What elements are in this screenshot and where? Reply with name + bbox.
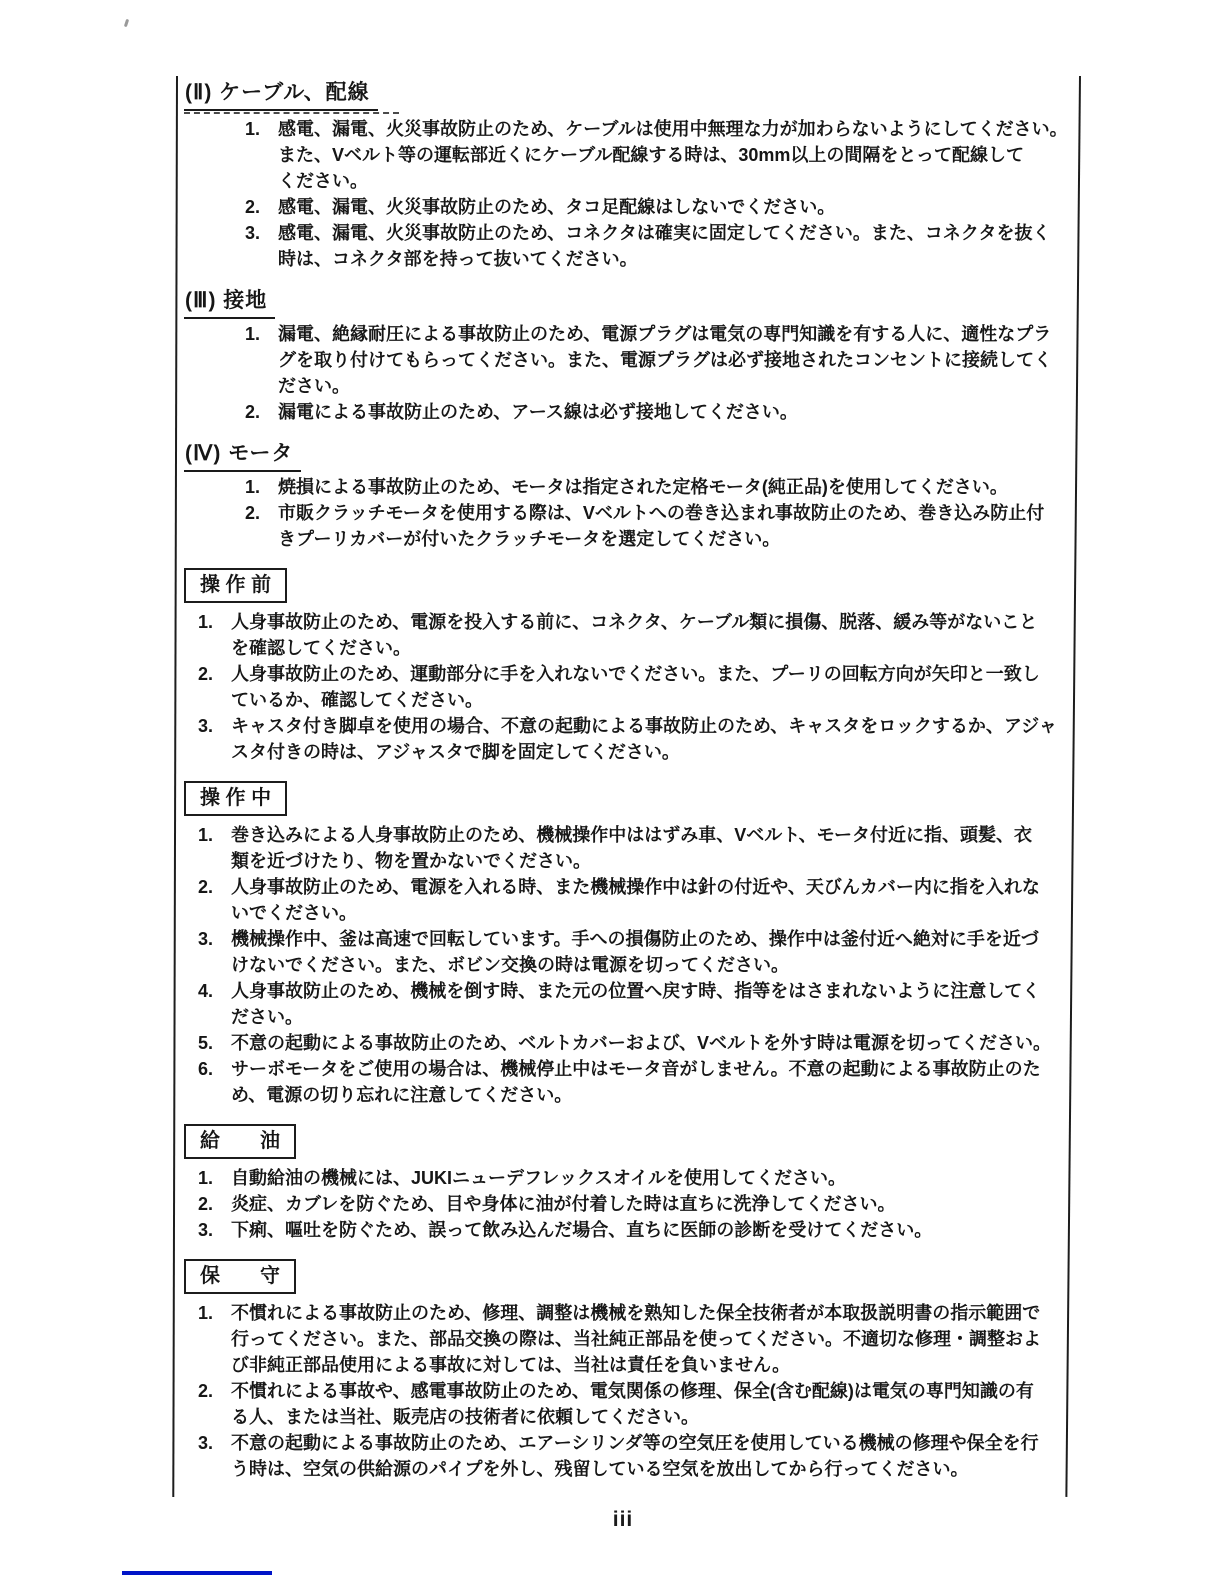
item-number: 2. (245, 399, 278, 425)
section-heading-label: (Ⅳ) モータ (184, 439, 301, 472)
text-line: を確認してください。 (231, 635, 1070, 661)
list-item: 6.サーボモータをご使用の場合は、機械停止中はモータ音がしません。不意の起動によ… (198, 1056, 1070, 1108)
item-number: 2. (245, 500, 278, 526)
section-heading: (Ⅱ) ケーブル、配線 (184, 78, 1070, 114)
scanned-manual-page: { "colors": { "ink": "#161616", "accent_… (0, 0, 1224, 1584)
text-line: スタ付きの時は、アジャスタで脚を固定してください。 (231, 739, 1070, 765)
text-line: ているか、確認してください。 (231, 687, 1070, 713)
item-number: 1. (245, 321, 278, 347)
item-number: 3. (198, 1217, 231, 1243)
section-header-box: 保 守 (184, 1259, 1070, 1294)
text-line: 漏電による事故防止のため、アース線は必ず接地してください。 (278, 399, 1070, 425)
item-text: 感電、漏電、火災事故防止のため、タコ足配線はしないでください。 (278, 194, 1070, 220)
list-item: 5.不意の起動による事故防止のため、ベルトカバーおよび、Vベルトを外す時は電源を… (198, 1030, 1070, 1056)
item-number: 2. (198, 1378, 231, 1404)
text-line: 人身事故防止のため、電源を投入する前に、コネクタ、ケーブル類に損傷、脱落、緩み等… (231, 609, 1070, 635)
text-line: う時は、空気の供給源のパイプを外し、残留している空気を放出してから行ってください… (231, 1456, 1070, 1482)
item-text: 不慣れによる事故防止のため、修理、調整は機械を熟知した保全技術者が本取扱説明書の… (231, 1300, 1070, 1378)
item-number: 2. (198, 874, 231, 900)
list-item: 1.不慣れによる事故防止のため、修理、調整は機械を熟知した保全技術者が本取扱説明… (198, 1300, 1070, 1378)
item-number: 6. (198, 1056, 231, 1082)
section-lubrication: 給 油1.自動給油の機械には、JUKIニューデフレックスオイルを使用してください… (184, 1124, 1070, 1243)
text-line: 類を近づけたり、物を置かないでください。 (231, 848, 1070, 874)
text-line: グを取り付けてもらってください。また、電源プラグは必ず接地されたコンセントに接続… (278, 347, 1070, 373)
item-text: 人身事故防止のため、運動部分に手を入れないでください。また、プーリの回転方向が矢… (231, 661, 1070, 713)
item-text: 機械操作中、釜は高速で回転しています。手への損傷防止のため、操作中は釜付近へ絶対… (231, 926, 1070, 978)
text-line: いでください。 (231, 900, 1070, 926)
text-line: 人身事故防止のため、電源を入れる時、また機械操作中は針の付近や、天びんカバー内に… (231, 874, 1070, 900)
item-text: 感電、漏電、火災事故防止のため、コネクタは確実に固定してください。また、コネクタ… (278, 220, 1070, 272)
item-number: 1. (198, 822, 231, 848)
item-text: 不意の起動による事故防止のため、ベルトカバーおよび、Vベルトを外す時は電源を切っ… (231, 1030, 1070, 1056)
text-line: 市販クラッチモータを使用する際は、Vベルトへの巻き込まれ事故防止のため、巻き込み… (278, 500, 1070, 526)
item-text: 人身事故防止のため、電源を入れる時、また機械操作中は針の付近や、天びんカバー内に… (231, 874, 1070, 926)
item-number: 3. (198, 713, 231, 739)
section-heading-label: 操 作 前 (184, 568, 287, 603)
item-text: 感電、漏電、火災事故防止のため、ケーブルは使用中無理な力が加わらないようにしてく… (278, 116, 1070, 194)
text-line: 感電、漏電、火災事故防止のため、コネクタは確実に固定してください。また、コネクタ… (278, 220, 1070, 246)
scan-speck-artifact (124, 19, 129, 28)
item-number: 1. (245, 474, 278, 500)
text-line: 不意の起動による事故防止のため、ベルトカバーおよび、Vベルトを外す時は電源を切っ… (231, 1030, 1070, 1056)
list-item: 1.自動給油の機械には、JUKIニューデフレックスオイルを使用してください。 (198, 1165, 1070, 1191)
item-text: 漏電、絶縁耐圧による事故防止のため、電源プラグは電気の専門知識を有する人に、適性… (278, 321, 1070, 399)
list-item: 1.漏電、絶縁耐圧による事故防止のため、電源プラグは電気の専門知識を有する人に、… (245, 321, 1070, 399)
item-text: 漏電による事故防止のため、アース線は必ず接地してください。 (278, 399, 1070, 425)
section-during-operation: 操 作 中1.巻き込みによる人身事故防止のため、機械操作中ははずみ車、Vベルト、… (184, 781, 1070, 1108)
list-item: 1.焼損による事故防止のため、モータは指定された定格モータ(純正品)を使用してく… (245, 474, 1070, 500)
list-item: 3.機械操作中、釜は高速で回転しています。手への損傷防止のため、操作中は釜付近へ… (198, 926, 1070, 978)
page-number: iii (0, 1508, 1224, 1532)
section-motor: (Ⅳ) モータ1.焼損による事故防止のため、モータは指定された定格モータ(純正品… (184, 439, 1070, 552)
list-item: 3.不意の起動による事故防止のため、エアーシリンダ等の空気圧を使用している機械の… (198, 1430, 1070, 1482)
section-header-box: 給 油 (184, 1124, 1070, 1159)
text-line: ださい。 (278, 373, 1070, 399)
section-heading-label: (Ⅱ) ケーブル、配線 (184, 78, 378, 111)
section-header-box: 操 作 中 (184, 781, 1070, 816)
text-line: 下痢、嘔吐を防ぐため、誤って飲み込んだ場合、直ちに医師の診断を受けてください。 (231, 1217, 1070, 1243)
text-line: ださい。 (231, 1004, 1070, 1030)
list-item: 2.人身事故防止のため、運動部分に手を入れないでください。また、プーリの回転方向… (198, 661, 1070, 713)
text-line: キャスタ付き脚卓を使用の場合、不意の起動による事故防止のため、キャスタをロックす… (231, 713, 1070, 739)
item-number: 1. (245, 116, 278, 142)
item-number: 3. (245, 220, 278, 246)
item-number: 1. (198, 1300, 231, 1326)
text-line: 行ってください。また、部品交換の際は、当社純正部品を使ってください。不適切な修理… (231, 1326, 1070, 1352)
item-text: 自動給油の機械には、JUKIニューデフレックスオイルを使用してください。 (231, 1165, 1070, 1191)
item-number: 3. (198, 926, 231, 952)
text-line: 不意の起動による事故防止のため、エアーシリンダ等の空気圧を使用している機械の修理… (231, 1430, 1070, 1456)
item-text: 下痢、嘔吐を防ぐため、誤って飲み込んだ場合、直ちに医師の診断を受けてください。 (231, 1217, 1070, 1243)
section-header-box: 操 作 前 (184, 568, 1070, 603)
text-line: 感電、漏電、火災事故防止のため、タコ足配線はしないでください。 (278, 194, 1070, 220)
text-line: る人、または当社、販売店の技術者に依頼してください。 (231, 1404, 1070, 1430)
item-text: 人身事故防止のため、機械を倒す時、また元の位置へ戻す時、指等をはさまれないように… (231, 978, 1070, 1030)
item-text: 不慣れによる事故や、感電事故防止のため、電気関係の修理、保全(含む配線)は電気の… (231, 1378, 1070, 1430)
text-line: サーボモータをご使用の場合は、機械停止中はモータ音がしません。不意の起動による事… (231, 1056, 1070, 1082)
section-heading-label: (Ⅲ) 接地 (184, 286, 275, 319)
item-text: 不意の起動による事故防止のため、エアーシリンダ等の空気圧を使用している機械の修理… (231, 1430, 1070, 1482)
list-item: 1.感電、漏電、火災事故防止のため、ケーブルは使用中無理な力が加わらないようにし… (245, 116, 1070, 194)
text-line: 人身事故防止のため、機械を倒す時、また元の位置へ戻す時、指等をはさまれないように… (231, 978, 1070, 1004)
text-line: 人身事故防止のため、運動部分に手を入れないでください。また、プーリの回転方向が矢… (231, 661, 1070, 687)
list-item: 3.キャスタ付き脚卓を使用の場合、不意の起動による事故防止のため、キャスタをロッ… (198, 713, 1070, 765)
list-item: 2.炎症、カブレを防ぐため、目や身体に油が付着した時は直ちに洗浄してください。 (198, 1191, 1070, 1217)
text-line: 自動給油の機械には、JUKIニューデフレックスオイルを使用してください。 (231, 1165, 1070, 1191)
text-line: けないでください。また、ボビン交換の時は電源を切ってください。 (231, 952, 1070, 978)
item-number: 3. (198, 1430, 231, 1456)
text-line: 機械操作中、釜は高速で回転しています。手への損傷防止のため、操作中は釜付近へ絶対… (231, 926, 1070, 952)
list-item: 1.巻き込みによる人身事故防止のため、機械操作中ははずみ車、Vベルト、モータ付近… (198, 822, 1070, 874)
list-item: 2.漏電による事故防止のため、アース線は必ず接地してください。 (245, 399, 1070, 425)
item-text: 人身事故防止のため、電源を投入する前に、コネクタ、ケーブル類に損傷、脱落、緩み等… (231, 609, 1070, 661)
list-item: 2.感電、漏電、火災事故防止のため、タコ足配線はしないでください。 (245, 194, 1070, 220)
section-heading-label: 給 油 (184, 1124, 296, 1159)
text-line: 感電、漏電、火災事故防止のため、ケーブルは使用中無理な力が加わらないようにしてく… (278, 116, 1070, 142)
section-heading-label: 保 守 (184, 1259, 296, 1294)
section-grounding: (Ⅲ) 接地1.漏電、絶縁耐圧による事故防止のため、電源プラグは電気の専門知識を… (184, 286, 1070, 425)
item-number: 1. (198, 609, 231, 635)
text-line: ください。 (278, 168, 1070, 194)
item-text: 焼損による事故防止のため、モータは指定された定格モータ(純正品)を使用してくださ… (278, 474, 1070, 500)
document-body: (Ⅱ) ケーブル、配線1.感電、漏電、火災事故防止のため、ケーブルは使用中無理な… (184, 70, 1070, 1482)
section-heading-label: 操 作 中 (184, 781, 287, 816)
list-item: 3.下痢、嘔吐を防ぐため、誤って飲み込んだ場合、直ちに医師の診断を受けてください… (198, 1217, 1070, 1243)
footer-accent-line (122, 1571, 272, 1575)
section-heading: (Ⅲ) 接地 (184, 286, 1070, 319)
item-number: 2. (245, 194, 278, 220)
section-cable-wiring: (Ⅱ) ケーブル、配線1.感電、漏電、火災事故防止のため、ケーブルは使用中無理な… (184, 78, 1070, 272)
section-before-operation: 操 作 前1.人身事故防止のため、電源を投入する前に、コネクタ、ケーブル類に損傷… (184, 568, 1070, 765)
item-number: 1. (198, 1165, 231, 1191)
list-item: 3.感電、漏電、火災事故防止のため、コネクタは確実に固定してください。また、コネ… (245, 220, 1070, 272)
text-line: きプーリカバーが付いたクラッチモータを選定してください。 (278, 526, 1070, 552)
item-text: 巻き込みによる人身事故防止のため、機械操作中ははずみ車、Vベルト、モータ付近に指… (231, 822, 1070, 874)
item-text: キャスタ付き脚卓を使用の場合、不意の起動による事故防止のため、キャスタをロックす… (231, 713, 1070, 765)
text-line: 不慣れによる事故防止のため、修理、調整は機械を熟知した保全技術者が本取扱説明書の… (231, 1300, 1070, 1326)
item-text: サーボモータをご使用の場合は、機械停止中はモータ音がしません。不意の起動による事… (231, 1056, 1070, 1108)
list-item: 1.人身事故防止のため、電源を投入する前に、コネクタ、ケーブル類に損傷、脱落、緩… (198, 609, 1070, 661)
item-number: 2. (198, 1191, 231, 1217)
item-text: 炎症、カブレを防ぐため、目や身体に油が付着した時は直ちに洗浄してください。 (231, 1191, 1070, 1217)
text-line: 漏電、絶縁耐圧による事故防止のため、電源プラグは電気の専門知識を有する人に、適性… (278, 321, 1070, 347)
text-line: 焼損による事故防止のため、モータは指定された定格モータ(純正品)を使用してくださ… (278, 474, 1070, 500)
text-line: び非純正部品使用による事故に対しては、当社は責任を負いません。 (231, 1352, 1070, 1378)
text-line: また、Vベルト等の運転部近くにケーブル配線する時は、30mm以上の間隔をとって配… (278, 142, 1070, 168)
list-item: 4.人身事故防止のため、機械を倒す時、また元の位置へ戻す時、指等をはさまれないよ… (198, 978, 1070, 1030)
section-heading: (Ⅳ) モータ (184, 439, 1070, 472)
list-item: 2.不慣れによる事故や、感電事故防止のため、電気関係の修理、保全(含む配線)は電… (198, 1378, 1070, 1430)
list-item: 2.人身事故防止のため、電源を入れる時、また機械操作中は針の付近や、天びんカバー… (198, 874, 1070, 926)
text-line: 巻き込みによる人身事故防止のため、機械操作中ははずみ車、Vベルト、モータ付近に指… (231, 822, 1070, 848)
text-line: 時は、コネクタ部を持って抜いてください。 (278, 246, 1070, 272)
text-line: め、電源の切り忘れに注意してください。 (231, 1082, 1070, 1108)
text-line: 炎症、カブレを防ぐため、目や身体に油が付着した時は直ちに洗浄してください。 (231, 1191, 1070, 1217)
item-number: 5. (198, 1030, 231, 1056)
left-border-rule (172, 76, 178, 1497)
item-number: 4. (198, 978, 231, 1004)
text-line: 不慣れによる事故や、感電事故防止のため、電気関係の修理、保全(含む配線)は電気の… (231, 1378, 1070, 1404)
section-maintenance: 保 守1.不慣れによる事故防止のため、修理、調整は機械を熟知した保全技術者が本取… (184, 1259, 1070, 1482)
item-text: 市販クラッチモータを使用する際は、Vベルトへの巻き込まれ事故防止のため、巻き込み… (278, 500, 1070, 552)
item-number: 2. (198, 661, 231, 687)
list-item: 2.市販クラッチモータを使用する際は、Vベルトへの巻き込まれ事故防止のため、巻き… (245, 500, 1070, 552)
